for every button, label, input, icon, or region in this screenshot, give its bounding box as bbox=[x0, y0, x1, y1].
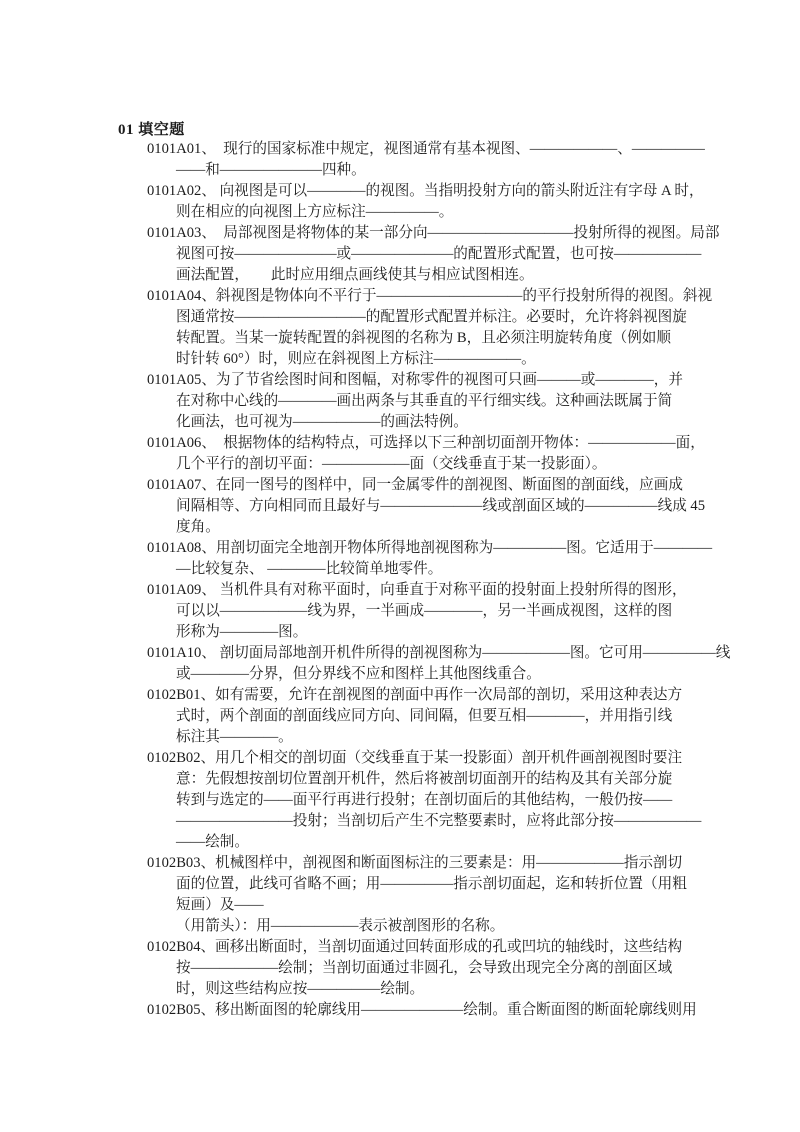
question-id: 0101A05、 bbox=[147, 372, 216, 388]
question-text: 画移出断面时，当剖切面通过回转面形成的孔或凹坑的轴线时，这些结构 bbox=[215, 939, 682, 955]
question-text: 用几个相交的剖切面（交线垂直于某一投影面）剖开机件画剖视图时要注 bbox=[215, 750, 682, 766]
question-continuation-line: 画法配置， 此时应用细点画线使其与相应试图相连。 bbox=[176, 265, 707, 286]
question-text: 局部视图是将物体的某一部分向——————————投射所得的视图。局部 bbox=[209, 225, 720, 241]
question-first-line: 0101A01、 现行的国家标准中规定，视图通常有基本视图、——————、———… bbox=[147, 139, 707, 160]
question-continuation-line: —比较复杂、 ————比较简单地零件。 bbox=[176, 559, 707, 580]
question-id: 0102B02、 bbox=[147, 750, 215, 766]
question-text: 斜视图是物体向不平行于——————————的平行投射所得的视图。斜视 bbox=[216, 288, 712, 304]
question-continuation-line: 可以以——————线为界，一半画成————，另一半画成视图，这样的图 bbox=[176, 601, 707, 622]
question-id: 0102B05、 bbox=[147, 1002, 215, 1018]
question-continuation-line: 意：先假想按剖切位置剖开机件，然后将被剖切面剖开的结构及其有关部分旋 bbox=[176, 769, 707, 790]
question-first-line: 0102B03、机械图样中，剖视图和断面图标注的三要素是：用——————指示剖切 bbox=[147, 853, 707, 874]
question-first-line: 0101A09、 当机件具有对称平面时，向垂直于对称平面的投射面上投射所得的图形… bbox=[147, 580, 707, 601]
question-continuation-line: 转到与选定的——面平行再进行投射；在剖切面后的其他结构，一般仍按—— bbox=[176, 790, 707, 811]
question-continuation-line: ——绘制。 bbox=[176, 832, 707, 853]
question-continuation-line: 式时，两个剖面的剖面线应同方向、同间隔，但要互相————，并用指引线 bbox=[176, 706, 707, 727]
question-continuation-line: ——和———————四种。 bbox=[176, 160, 707, 181]
question-first-line: 0101A06、 根据物体的结构特点，可选择以下三种剖切面剖开物体：——————… bbox=[147, 433, 707, 454]
question-id: 0101A06、 bbox=[147, 435, 209, 451]
question-text: 移出断面图的轮廓线用———————绘制。重合断面图的断面轮廓线则用 bbox=[215, 1002, 697, 1018]
question-text: 用剖切面完全地剖开物体所得地剖视图称为—————图。它适用于———— bbox=[216, 540, 712, 556]
question-continuation-line: 时，则这些结构应按—————绘制。 bbox=[176, 979, 707, 1000]
question-continuation-line: 短画）及—— bbox=[176, 895, 707, 916]
question-continuation-line: 则在相应的向视图上方应标注—————。 bbox=[176, 202, 707, 223]
question-text: 当机件具有对称平面时，向垂直于对称平面的投射面上投射所得的图形， bbox=[216, 582, 687, 598]
question-continuation-line: ————————投射；当剖切后产生不完整要素时，应将此部分按—————— bbox=[176, 811, 707, 832]
question-id: 0101A03、 bbox=[147, 225, 209, 241]
question-first-line: 0101A03、 局部视图是将物体的某一部分向——————————投射所得的视图… bbox=[147, 223, 707, 244]
question-first-line: 0102B02、用几个相交的剖切面（交线垂直于某一投影面）剖开机件画剖视图时要注 bbox=[147, 748, 707, 769]
question-continuation-line: 时针转 60°）时，则应在斜视图上方标注——————。 bbox=[176, 349, 707, 370]
question-continuation-line: （用箭头）：用——————表示被剖图形的名称。 bbox=[176, 916, 707, 937]
question-first-line: 0102B04、画移出断面时，当剖切面通过回转面形成的孔或凹坑的轴线时，这些结构 bbox=[147, 937, 707, 958]
document-page: 01 填空题 0101A01、 现行的国家标准中规定，视图通常有基本视图、———… bbox=[0, 0, 800, 1132]
question-continuation-line: 形称为————图。 bbox=[176, 622, 707, 643]
question-first-line: 0101A02、 向视图是可以————的视图。当指明投射方向的箭头附近注有字母 … bbox=[147, 181, 707, 202]
question-first-line: 0101A04、斜视图是物体向不平行于——————————的平行投射所得的视图。… bbox=[147, 286, 707, 307]
question-text: 在同一图号的图样中，同一金属零件的剖视图、断面图的剖面线，应画成 bbox=[216, 477, 683, 493]
question-id: 0101A01、 bbox=[147, 141, 209, 157]
question-continuation-line: 图通常按—————————的配置形式配置并标注。必要时，允许将斜视图旋 bbox=[176, 307, 707, 328]
question-continuation-line: 化画法，也可视为——————的画法特例。 bbox=[176, 412, 707, 433]
question-continuation-line: 或————分界，但分界线不应和图样上其他图线重合。 bbox=[176, 664, 707, 685]
question-text: 剖切面局部地剖开机件所得的剖视图称为——————图。它可用—————线 bbox=[216, 645, 730, 661]
question-first-line: 0102B01、如有需要，允许在剖视图的剖面中再作一次局部的剖切，采用这种表达方 bbox=[147, 685, 707, 706]
question-text: 机械图样中，剖视图和断面图标注的三要素是：用——————指示剖切 bbox=[215, 855, 682, 871]
question-id: 0101A10、 bbox=[147, 645, 216, 661]
question-continuation-line: 面的位置，此线可省略不画；用—————指示剖切面起，迄和转折位置（用粗 bbox=[176, 874, 707, 895]
question-continuation-line: 视图可按———————或———————的配置形式配置，也可按—————— bbox=[176, 244, 707, 265]
question-continuation-line: 标注其————。 bbox=[176, 727, 707, 748]
question-id: 0101A07、 bbox=[147, 477, 216, 493]
question-id: 0102B03、 bbox=[147, 855, 215, 871]
question-id: 0101A02、 bbox=[147, 183, 216, 199]
question-continuation-line: 度角。 bbox=[176, 517, 707, 538]
question-continuation-line: 在对称中心线的————画出两条与其垂直的平行细实线。这种画法既属于简 bbox=[176, 391, 707, 412]
question-continuation-line: 间隔相等、方向相同而且最好与———————线或剖面区域的—————线成 45 bbox=[176, 496, 707, 517]
question-text: 向视图是可以————的视图。当指明投射方向的箭头附近注有字母 A 时， bbox=[216, 183, 704, 199]
question-first-line: 0102B05、移出断面图的轮廓线用———————绘制。重合断面图的断面轮廓线则… bbox=[147, 1000, 707, 1021]
question-id: 0102B04、 bbox=[147, 939, 215, 955]
question-text: 根据物体的结构特点，可选择以下三种剖切面剖开物体：——————面， bbox=[209, 435, 705, 451]
question-id: 0101A08、 bbox=[147, 540, 216, 556]
question-id: 0102B01、 bbox=[147, 687, 215, 703]
question-first-line: 0101A07、在同一图号的图样中，同一金属零件的剖视图、断面图的剖面线，应画成 bbox=[147, 475, 707, 496]
question-continuation-line: 几个平行的剖切平面：——————面（交线垂直于某一投影面）。 bbox=[176, 454, 707, 475]
question-text: 如有需要，允许在剖视图的剖面中再作一次局部的剖切，采用这种表达方 bbox=[215, 687, 682, 703]
question-continuation-line: 按——————绘制；当剖切面通过非圆孔，会导致出现完全分离的剖面区域 bbox=[176, 958, 707, 979]
question-text: 现行的国家标准中规定，视图通常有基本视图、——————、————— bbox=[209, 141, 705, 157]
question-list: 0101A01、 现行的国家标准中规定，视图通常有基本视图、——————、———… bbox=[147, 139, 707, 1021]
question-text: 为了节省绘图时间和图幅，对称零件的视图可只画———或————，并 bbox=[216, 372, 683, 388]
question-continuation-line: 转配置。当某一旋转配置的斜视图的名称为 B，且必须注明旋转角度（例如顺 bbox=[176, 328, 707, 349]
question-first-line: 0101A05、为了节省绘图时间和图幅，对称零件的视图可只画———或————，并 bbox=[147, 370, 707, 391]
question-first-line: 0101A08、用剖切面完全地剖开物体所得地剖视图称为—————图。它适用于——… bbox=[147, 538, 707, 559]
question-first-line: 0101A10、 剖切面局部地剖开机件所得的剖视图称为——————图。它可用——… bbox=[147, 643, 707, 664]
question-id: 0101A04、 bbox=[147, 288, 216, 304]
page-title: 01 填空题 bbox=[118, 118, 185, 139]
question-id: 0101A09、 bbox=[147, 582, 216, 598]
